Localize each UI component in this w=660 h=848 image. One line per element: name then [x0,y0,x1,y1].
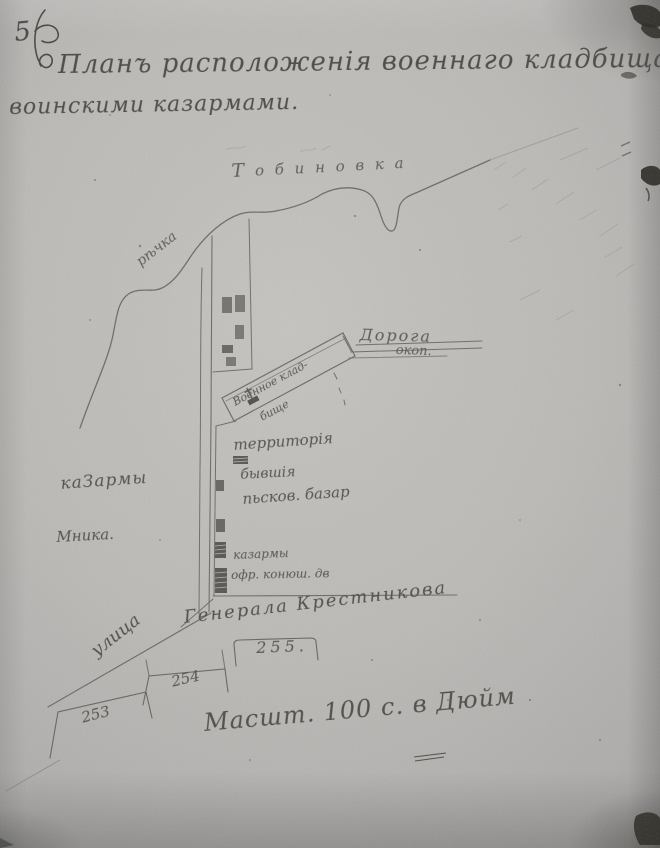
stain-marks [621,142,631,156]
building-rect [222,297,232,313]
street-lower-line [6,760,60,791]
building-rect [235,295,245,312]
junction-line [343,336,351,351]
left-area-label-2: Мника. [56,527,114,546]
river-line [80,160,490,428]
road-sublabel: окоп. [396,344,432,359]
legend-hatch-symbol [233,456,248,464]
scanned-plan-page: 5 Планъ расположенія военнаго кладбища з… [0,0,660,848]
barracks-label: казармы [233,547,289,562]
page-number: 5 [13,18,32,47]
building-rect [235,325,244,339]
stable-yard-label: офр. конюш. дв [231,567,330,581]
building-rect [216,480,224,491]
upper-plot-right-edge [249,219,252,369]
plot-253-outline [50,692,152,758]
title-line-1: Планъ расположенія военнаго кладбища за [58,45,660,79]
dashed-marks [334,373,345,405]
building-rect [226,357,236,366]
stain-bottom-right [634,812,660,845]
building-rect [222,345,233,353]
scale-underline [414,753,446,761]
river-line-faint [490,128,578,160]
stain-bottom-left [0,838,14,848]
plot-number-255: 255. [256,638,308,657]
road-vertical-1 [209,236,212,612]
title-line-2: воинскими казармами. [9,91,299,119]
building-rect [216,519,225,532]
territory-label-2: бывшія [240,465,296,483]
pen-flourish [35,10,58,68]
upper-plot-bottom-edge [213,369,252,372]
stain-right-mid [641,166,660,186]
stain-right-tail [646,188,649,201]
road-vertical-2 [199,268,202,614]
